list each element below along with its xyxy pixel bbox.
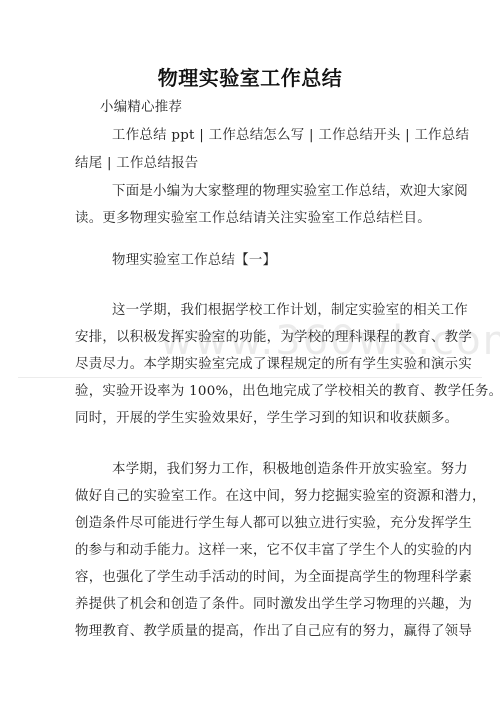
paragraph-2-line-3: 创造条件尽可能进行学生每人都可以独立进行实验，充分发挥学生 [75, 512, 472, 531]
paragraph-1-line-2: 安排，以积极发挥实验室的功能，为学校的理科课程的教育、教学 [75, 326, 472, 345]
paragraph-1-line-1: 这一学期，我们根据学校工作计划，制定实验室的相关工作 [112, 299, 468, 318]
paragraph-2-line-1: 本学期，我们努力工作，积极地创造条件开放实验室。努力 [112, 458, 468, 477]
paragraph-2-line-2: 做好自己的实验室工作。在这中间，努力挖掘实验室的资源和潜力， [75, 485, 486, 504]
paragraph-2-line-4: 的参与和动手能力。这样一来，它不仅丰富了学生个人的实验的内 [75, 539, 472, 558]
paragraph-1-line-5: 同时，开展的学生实验效果好，学生学习到的知识和收获颇多。 [75, 407, 458, 426]
intro-line-2: 读。更多物理实验室工作总结请关注实验室工作总结栏目。 [75, 207, 431, 226]
paragraph-2-line-6: 养提供了机会和创造了条件。同时激发出学生学习物理的兴趣，为 [75, 593, 472, 612]
page-title: 物理实验室工作总结 [0, 62, 500, 91]
subtitle: 小编精心推荐 [100, 96, 182, 115]
paragraph-1-line-4: 验，实验开设率为 100%，出色地完成了学校相关的教育、教学任务。 [75, 380, 500, 399]
intro-line-1: 下面是小编为大家整理的物理实验室工作总结，欢迎大家阅 [112, 180, 468, 199]
paragraph-1-line-3: 尽责尽力。本学期实验室完成了课程规定的所有学生实验和演示实 [75, 353, 472, 372]
related-links-line-2[interactable]: 结尾 | 工作总结报告 [75, 152, 198, 171]
paragraph-2-line-7: 物理教育、教学质量的提高，作出了自己应有的努力，赢得了领导 [75, 620, 472, 639]
related-links-line-1[interactable]: 工作总结 ppt | 工作总结怎么写 | 工作总结开头 | 工作总结 [112, 124, 469, 143]
document-page: www.360wk.com.cn 物理实验室工作总结 小编精心推荐 工作总结 p… [0, 0, 500, 708]
divider-line [18, 377, 482, 378]
paragraph-2-line-5: 容，也强化了学生动手活动的时间，为全面提高学生的物理科学素 [75, 566, 472, 585]
section-heading: 物理实验室工作总结【一】 [112, 249, 276, 268]
